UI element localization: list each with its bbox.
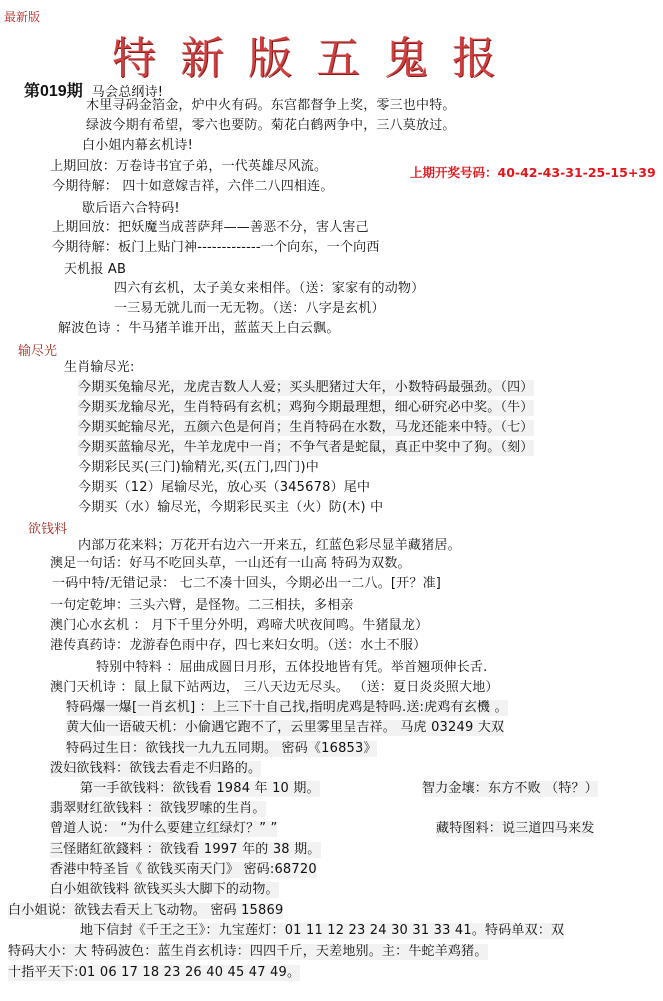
lose-line: 今期买蛇输尽光，五颜六色是何肖；生肖特码在水数，马龙还能来中特。（七） bbox=[78, 420, 534, 436]
money-line: 第一手欲钱料：欲钱看 1984 年 10 期。 bbox=[80, 781, 320, 797]
tianji-line: 一三易无就儿而一无无物。（送：八字是玄机） bbox=[114, 301, 385, 317]
lose-line: 今期彩民买(三门)输精光,买(五门,四门)中 bbox=[78, 460, 319, 476]
money-line: 白小姐欲钱料 欲钱买头大脚下的动物。 bbox=[50, 882, 279, 898]
money-line: 地下信封《千王之王》：九宝莲灯：01 11 12 23 24 30 31 33 … bbox=[80, 923, 564, 939]
money-line: 特别中特料 ：屈曲成圆日月形，五体投地皆有凭。举首翘项伸长舌. bbox=[96, 660, 487, 676]
money-line: 泼妇欲钱料：欲钱去看走不归路的。 bbox=[50, 761, 261, 777]
lose-line: 今期买龙输尽光，生肖特码有玄机；鸡狗今期最理想，细心研究必中奖。（牛） bbox=[78, 400, 534, 416]
money-line: 曾道人说： “为什么要建立红绿灯？” ” bbox=[50, 821, 277, 837]
poem-line: 绿波今期有希望，零六也要防。菊花白鹤两争中，三八莫放过。 bbox=[86, 118, 456, 134]
money-line: 智力金壤：东方不败 （特？） bbox=[422, 781, 598, 797]
last-draw-numbers: 40-42-43-31-25-15+39 bbox=[498, 165, 656, 180]
section-heading: 歇后语六合特码! bbox=[82, 201, 180, 217]
money-line: 十指平天下:01 06 17 18 23 26 40 45 47 49。 bbox=[8, 965, 300, 981]
poem-line: 木里寻码金箔金，炉中火有码。东宫都督争上奖，零三也中特。 bbox=[86, 98, 456, 114]
money-line: 香港中特圣旨《 欲钱买南天门》 密码:68720 bbox=[50, 862, 317, 878]
section-heading: 天机报 AB bbox=[64, 262, 126, 278]
wave-poem: 解波色诗 ：牛马猪羊谁开出，蓝蓝天上白云飘。 bbox=[58, 321, 340, 337]
money-line: 港传真药诗：龙游春色雨中存，四七来妇女明。（送：水土不服） bbox=[50, 638, 426, 654]
money-line: 翡翠财红欲钱料 ：欲钱罗嗦的生肖。 bbox=[50, 801, 266, 817]
money-line: 三怪賭紅欲錢料 ：欲钱看 1997 年的 38 期。 bbox=[50, 842, 321, 858]
money-line: 澳足一句话：好马不吃回头草，一山还有一山高 特码为双数。 bbox=[50, 556, 411, 572]
lose-line: 今期买兔输尽光，龙虎吉数人人爱；买头肥猪过大年，小数特码最强劲。（四） bbox=[78, 380, 534, 396]
current-riddle: 今期待解： 四十如意嫁吉祥，六伴二八四相连。 bbox=[52, 179, 334, 195]
money-line: 特码爆一爆[一肖玄机] ：上三下十自己找,指明虎鸡是特吗.送:虎鸡有玄機 。 bbox=[66, 700, 508, 716]
money-line: 藏特图料：说三道四马来发 bbox=[436, 821, 594, 837]
lose-line: 今期买蓝输尽光，牛羊龙虎中一肖；不争气者是蛇鼠，真正中奖中了狗。（刻） bbox=[78, 440, 534, 456]
current-riddle: 今期待解：板门上贴门神-------------一个向东，一个向西 bbox=[52, 240, 380, 256]
issue-number: 第019期 bbox=[24, 83, 83, 100]
money-line: 澳门天机诗 ：鼠上鼠下站两边， 三八天边无尽头。 （送：夏日炎炎照大地） bbox=[50, 680, 499, 696]
section-heading: 生肖输尽光: bbox=[64, 360, 135, 376]
money-line: 一句定乾坤：三头六臂，是怪物。二三相扶，多相亲 bbox=[50, 598, 354, 614]
last-draw-result: 上期开奖号码：40-42-43-31-25-15+39 bbox=[410, 163, 656, 181]
section-heading: 白小姐内幕玄机诗! bbox=[82, 138, 193, 154]
lose-line: 今期买（12）尾输尽光，放心买（345678）尾中 bbox=[78, 480, 370, 496]
page-title: 特新版五鬼报 bbox=[112, 22, 520, 86]
money-line: 白小姐说：欲钱去看天上飞动物。 密码 15869 bbox=[8, 903, 283, 919]
edition-badge: 最新版 bbox=[4, 8, 40, 25]
last-replay: 上期回放：把妖魔当成菩萨拜——善恶不分，害人害己 bbox=[52, 220, 369, 236]
money-line: 特码大小：大 特码波色：蓝生肖玄机诗：四四千斤，天差地别。主：牛蛇羊鸡猪。 bbox=[8, 944, 488, 960]
section-title-money: 欲钱料 bbox=[28, 518, 67, 537]
money-line: 内部万花来料；万花开右边六一开来五，红蓝色彩尽显羊藏猪居。 bbox=[78, 538, 461, 554]
tianji-line: 四六有玄机，太子美女来相伴。（送：家家有的动物） bbox=[114, 281, 424, 297]
money-line: 特码过生日：欲钱找一九九五同期。 密码《16853》 bbox=[66, 741, 377, 757]
money-line: 黄大仙一语破天机：小偷遇它跑不了，云里雾里呈吉祥。 马虎 03249 大双 bbox=[66, 720, 504, 736]
last-replay: 上期回放：万卷诗书宜子弟，一代英雄尽风流。 bbox=[50, 159, 327, 175]
money-line: 澳门心水玄机 ： 月下千里分外明，鸡啼犬吠夜间鸣。牛猪鼠龙） bbox=[50, 618, 428, 634]
lose-line: 今期买（水）输尽光，今期彩民买主（火）防(木) 中 bbox=[78, 500, 383, 516]
last-draw-label: 上期开奖号码： bbox=[410, 165, 498, 180]
section-title-lose: 输尽光 bbox=[18, 340, 57, 359]
money-line: 一码中特/无错记录： 七二不凑十回头，今期必出一二八。[开？准] bbox=[52, 576, 441, 592]
